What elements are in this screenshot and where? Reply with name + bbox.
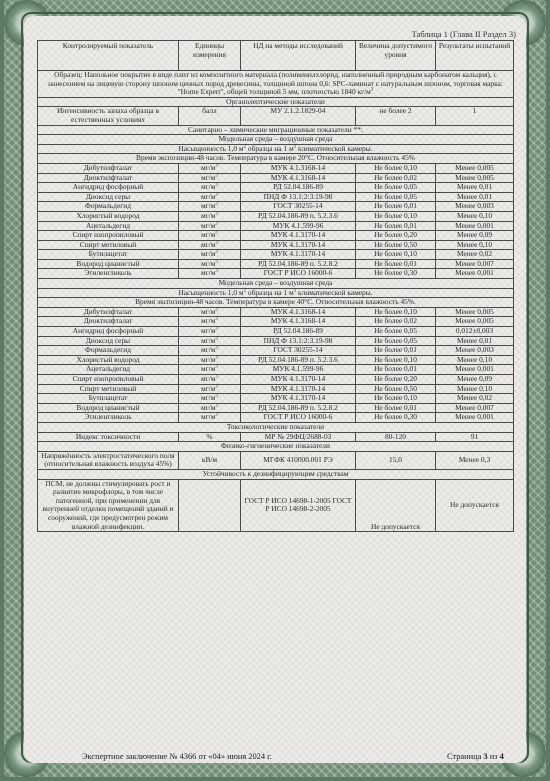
sample-description-row: Образец: Напольное покрытие в виде плит … [38,71,514,98]
superscript: 3 [215,394,218,399]
cell-limit: Не более 0,02 [356,173,436,183]
table-row: ПСМ, не должны стимулировать рост и разв… [38,479,514,532]
cell-unit: мг/м3 [179,346,241,356]
cell-name: Водород цианистый [38,403,179,413]
cell-method: МУК 4.1.3170-14 [241,240,356,250]
superscript: 3 [215,183,218,188]
cell-method: МУК 4.1.3168-14 [241,173,356,183]
saturation-note: Насыщенность 1,0 м2 образца на 1 м3 клим… [38,144,514,154]
cell-method: МУК 4.1.599-96 [241,221,356,231]
cell-result: 1 [436,107,514,125]
cell-unit: мг/м3 [179,375,241,385]
cell-result: Менее 0,10 [436,384,514,394]
cell-limit: Не более 0,50 [356,240,436,250]
table-row: Напряжённость электростатического поля (… [38,451,514,469]
cell-unit: мг/м3 [179,327,241,337]
cell-limit: Не более 0,05 [356,327,436,337]
cell-method: РД 52.04.186-89 п. 5.2.3.6 [241,355,356,365]
cell-result: Менее 0,007 [436,259,514,269]
cell-method: МУК 4.1.3170-14 [241,250,356,260]
cell-limit: Не более 0,10 [356,211,436,221]
superscript: 3 [215,355,218,360]
table-row: Интенсивность запаха образца в естествен… [38,107,514,125]
table-row: Ацетальдегидмг/м3МУК 4.1.599-96Не более … [38,365,514,375]
cell-limit: Не более 0,20 [356,375,436,385]
cell-unit: мг/м3 [179,202,241,212]
superscript: 3 [215,231,218,236]
superscript: 3 [215,327,218,332]
superscript: 3 [215,192,218,197]
cell-method: ПНД Ф 13.1:2:3.19-98 [241,336,356,346]
section-title-toxicological: Токсикологические показатели [38,422,514,432]
cell-result: Менее 0,005 [436,163,514,173]
cell-name: Ацетальдегид [38,221,179,231]
cell-limit: Не более 0,05 [356,336,436,346]
cell-method: ГОСТ Р ИСО 16000-6 [241,413,356,423]
column-header: Величина допустимого уровня [356,41,436,71]
cell-method: РД 52.04.186-89 п. 5.2.8.2 [241,403,356,413]
cell-method: МУ 2.1.2.1829-04 [241,107,356,125]
superscript: 3 [215,269,218,274]
cell-unit: мг/м3 [179,384,241,394]
cell-unit: мг/м3 [179,231,241,241]
cell-unit: мг/м3 [179,192,241,202]
cell-name: Спирт метиловый [38,384,179,394]
cell-name: Диоктилфталат [38,317,179,327]
cell-unit: мг/м3 [179,259,241,269]
cell-name: Спирт метиловый [38,240,179,250]
page-of: из [490,752,498,761]
page-label: Страница [447,752,481,761]
cell-method: ГОСТ Р ИСО 14698-1-2005 ГОСТ Р ИСО 14698… [241,479,356,532]
cell-method: МУК 4.1.599-96 [241,365,356,375]
table-header-row: Контролируемый показатель Единицы измере… [38,41,514,71]
superscript: 3 [215,346,218,351]
table-caption: Таблица 1 (Глава II Раздел 3) [412,29,516,39]
cell-method: МР № 29ФЦ/2688-03 [241,432,356,442]
cell-limit: Не более 0,05 [356,183,436,193]
cell-result: Не допускается [436,479,514,532]
table-row: Хлористый водородмг/м3РД 52.04.186-89 п.… [38,355,514,365]
section-title-sanitary: Санитарно – химические миграционные пока… [38,125,514,135]
conclusion-reference: Экспертное заключение № 4366 от «04» июн… [82,752,272,761]
section-title-organoleptic-row: Органолептические показатели [38,97,514,107]
cell-result: Менее 0,10 [436,211,514,221]
table-row: Диоксид серымг/м3ПНД Ф 13.1:2:3.19-98Не … [38,192,514,202]
table-row: Индекс токсичности%МР № 29ФЦ/2688-0380-1… [38,432,514,442]
cell-limit: Не более 0,50 [356,384,436,394]
superscript: 3 [215,240,218,245]
superscript: 3 [215,307,218,312]
cell-limit: Не более 0,01 [356,346,436,356]
cell-result: Менее 0,09 [436,375,514,385]
cell-name: Хлористый водород [38,211,179,221]
cell-result: Менее 0,005 [436,317,514,327]
cell-name: Диоксид серы [38,192,179,202]
cell-method: МУК 4.1.3170-14 [241,231,356,241]
cell-result: Менее 0,003 [436,202,514,212]
cell-name: Формальдегид [38,346,179,356]
cell-name: Индекс токсичности [38,432,179,442]
exposure-conditions: Время экспозиции-48 часов. Температура в… [38,298,514,308]
cell-method: РД 52.04.186-89 [241,327,356,337]
cell-unit: мг/м3 [179,365,241,375]
table-row: Формальдегидмг/м3ГОСТ 30255-14Не более 0… [38,202,514,212]
table-row: Хлористый водородмг/м3РД 52.04.186-89 п.… [38,211,514,221]
cell-name: Спирт изопропиловый [38,375,179,385]
cell-result: Менее 0,005 [436,307,514,317]
table-row: Дибутилфталатмг/м3МУК 4.1.3168-14Не боле… [38,307,514,317]
table-row: Спирт изопропиловыймг/м3МУК 4.1.3170-14Н… [38,231,514,241]
cell-result: 0,012±0,003 [436,327,514,337]
cell-unit: балл [179,107,241,125]
saturation-note: Насыщенность 1,0 м2 образца на 1 м3 клим… [38,288,514,298]
cell-name: Ангидрид фосфорный [38,183,179,193]
table-row: Водород цианистыймг/м3РД 52.04.186-89 п.… [38,259,514,269]
cell-result: Менее 0,10 [436,240,514,250]
cell-limit: Не более 0,01 [356,403,436,413]
cell-method: ГОСТ Р ИСО 16000-6 [241,269,356,279]
cell-name: Ангидрид фосфорный [38,327,179,337]
superscript: 2 [244,288,247,293]
cell-unit: мг/м3 [179,183,241,193]
cell-result: Менее 0,005 [436,173,514,183]
cell-unit: мг/м3 [179,250,241,260]
table-row: Бутилацетатмг/м3МУК 4.1.3170-14Не более … [38,250,514,260]
section-title-disinfectant: Устойчивость к дезинфицирующим средствам [38,469,514,479]
table-row: Ангидрид фосфорныймг/м3РД 52.04.186-89Не… [38,183,514,193]
cell-name: Бутилацетат [38,394,179,404]
cell-limit: Не более 0,02 [356,317,436,327]
model-medium: Модельная среда – воздушная среда [38,135,514,145]
column-header: Результаты испытаний [436,41,514,71]
cell-name: Напряжённость электростатического поля (… [38,451,179,469]
cell-unit: мг/м3 [179,240,241,250]
model-medium: Модельная среда – воздушная среда [38,279,514,289]
cell-result: Менее 0,01 [436,183,514,193]
cell-method: РД 52.04.186-89 п. 5.2.3.6 [241,211,356,221]
table-row: Диоктилфталатмг/м3МУК 4.1.3168-14Не боле… [38,173,514,183]
table-row: Ацетальдегидмг/м3МУК 4.1.599-96Не более … [38,221,514,231]
superscript: 3 [215,317,218,322]
table-row: Дибутилфталатмг/м3МУК 4.1.3168-14Не боле… [38,163,514,173]
cell-result: Менее 0,001 [436,221,514,231]
exposure-conditions-row: Время экспозиции-48 часов. Температура в… [38,154,514,164]
cell-unit: мг/м3 [179,163,241,173]
cell-unit: мг/м3 [179,413,241,423]
cell-name: Дибутилфталат [38,307,179,317]
superscript: 3 [215,163,218,168]
column-header: НД на методы исследований [241,41,356,71]
cell-name: Диоксид серы [38,336,179,346]
cell-result: Менее 0,001 [436,269,514,279]
cell-unit: мг/м3 [179,403,241,413]
cell-result: Менее 0,001 [436,413,514,423]
superscript: 3 [215,250,218,255]
table-row: Бутилацетатмг/м3МУК 4.1.3170-14Не более … [38,394,514,404]
cell-limit: Не допускается [356,479,436,532]
cell-limit: Не более 0,10 [356,394,436,404]
section-title-sanitary-row: Санитарно – химические миграционные пока… [38,125,514,135]
cell-name: ПСМ, не должны стимулировать рост и разв… [38,479,179,532]
cell-limit: 80-120 [356,432,436,442]
cell-result: Менее 0,02 [436,250,514,260]
results-table: Контролируемый показатель Единицы измере… [37,40,514,532]
cell-unit: мг/м3 [179,307,241,317]
cell-unit: мг/м3 [179,173,241,183]
cell-name: Ацетальдегид [38,365,179,375]
cell-method: МГФК 410000.001 РЭ [241,451,356,469]
superscript: 2 [244,144,247,149]
superscript: 3 [215,221,218,226]
cell-method: ПНД Ф 13.1:2:3.19-98 [241,192,356,202]
cell-unit [179,479,241,532]
cell-result: 91 [436,432,514,442]
cell-limit: Не более 0,10 [356,355,436,365]
table-row: Диоктилфталатмг/м3МУК 4.1.3168-14Не боле… [38,317,514,327]
cell-result: Менее 0,09 [436,231,514,241]
cell-limit: Не более 0,01 [356,365,436,375]
document-page: Таблица 1 (Глава II Раздел 3) Контролиру… [24,16,526,763]
model-medium-row: Модельная среда – воздушная среда [38,279,514,289]
cell-result: Менее 0,01 [436,336,514,346]
superscript: 3 [215,211,218,216]
cell-name: Дибутилфталат [38,163,179,173]
cell-unit: кВ/м [179,451,241,469]
cell-method: ГОСТ 30255-14 [241,202,356,212]
superscript: 3 [215,413,218,418]
cell-result: Менее 0,3 [436,451,514,469]
table-row: Спирт метиловыймг/м3МУК 4.1.3170-14Не бо… [38,240,514,250]
table-row: Спирт метиловыймг/м3МУК 4.1.3170-14Не бо… [38,384,514,394]
section-title-physical-row: Физико-гигиенические показатели [38,442,514,452]
model-medium-row: Модельная среда – воздушная среда [38,135,514,145]
section-title-physical: Физико-гигиенические показатели [38,442,514,452]
superscript: 3 [294,288,297,293]
section-title-toxicological-row: Токсикологические показатели [38,422,514,432]
exposure-conditions: Время экспозиции-48 часов. Температура в… [38,154,514,164]
sample-description: Образец: Напольное покрытие в виде плит … [38,71,514,98]
cell-limit: Не более 0,10 [356,307,436,317]
cell-method: МУК 4.1.3170-14 [241,394,356,404]
cell-limit: Не более 0,01 [356,259,436,269]
cell-unit: мг/м3 [179,355,241,365]
superscript: 3 [215,202,218,207]
exposure-conditions-row: Время экспозиции-48 часов. Температура в… [38,298,514,308]
saturation-note-row: Насыщенность 1,0 м2 образца на 1 м3 клим… [38,288,514,298]
superscript: 3 [215,403,218,408]
cell-unit: мг/м3 [179,221,241,231]
saturation-note-row: Насыщенность 1,0 м2 образца на 1 м3 клим… [38,144,514,154]
cell-unit: мг/м3 [179,317,241,327]
cell-limit: Не более 0,01 [356,221,436,231]
cell-name: Хлористый водород [38,355,179,365]
table-row: Водород цианистыймг/м3РД 52.04.186-89 п.… [38,403,514,413]
cell-limit: Не более 0,05 [356,192,436,202]
cell-result: Менее 0,001 [436,365,514,375]
cell-limit: Не более 0,10 [356,163,436,173]
superscript: 3 [294,144,297,149]
table-row: Спирт изопропиловыймг/м3МУК 4.1.3170-14Н… [38,375,514,385]
cell-unit: % [179,432,241,442]
table-row: Ангидрид фосфорныймг/м3РД 52.04.186-89Не… [38,327,514,337]
column-header: Единицы измерения [179,41,241,71]
superscript: 3 [215,384,218,389]
cell-method: МУК 4.1.3168-14 [241,317,356,327]
section-title-organoleptic: Органолептические показатели [38,97,514,107]
cell-unit: мг/м3 [179,336,241,346]
cell-limit: Не более 0,20 [356,231,436,241]
column-header: Контролируемый показатель [38,41,179,71]
table-row: Этиленгликольмг/м3ГОСТ Р ИСО 16000-6Не б… [38,413,514,423]
cell-name: Интенсивность запаха образца в естествен… [38,107,179,125]
page-current: 3 [483,752,487,761]
superscript: 3 [215,365,218,370]
cell-name: Водород цианистый [38,259,179,269]
cell-name: Этиленгликоль [38,269,179,279]
cell-result: Менее 0,003 [436,346,514,356]
cell-result: Менее 0,10 [436,355,514,365]
superscript: 3 [215,336,218,341]
cell-name: Спирт изопропиловый [38,231,179,241]
page-number: Страница 3 из 4 [447,752,504,761]
cell-method: МУК 4.1.3170-14 [241,384,356,394]
superscript: 3 [215,375,218,380]
cell-unit: мг/м3 [179,269,241,279]
cell-limit: Не более 0,30 [356,269,436,279]
cell-limit: не более 2 [356,107,436,125]
cell-result: Менее 0,02 [436,394,514,404]
cell-result: Менее 0,01 [436,192,514,202]
cell-method: РД 52.04.186-89 [241,183,356,193]
page-total: 4 [500,752,504,761]
cell-method: МУК 4.1.3170-14 [241,375,356,385]
cell-result: Менее 0,007 [436,403,514,413]
cell-method: МУК 4.1.3168-14 [241,163,356,173]
section-title-disinfectant-row: Устойчивость к дезинфицирующим средствам [38,469,514,479]
cell-limit: Не более 0,10 [356,250,436,260]
superscript: 3 [215,173,218,178]
cell-method: МУК 4.1.3168-14 [241,307,356,317]
cell-method: ГОСТ 30255-14 [241,346,356,356]
cell-name: Бутилацетат [38,250,179,260]
cell-name: Формальдегид [38,202,179,212]
cell-limit: Не более 0,01 [356,202,436,212]
superscript: 3 [371,88,374,93]
cell-limit: 15,0 [356,451,436,469]
cell-unit: мг/м3 [179,211,241,221]
table-row: Диоксид серымг/м3ПНД Ф 13.1:2:3.19-98Не … [38,336,514,346]
cell-name: Этиленгликоль [38,413,179,423]
table-row: Этиленгликольмг/м3ГОСТ Р ИСО 16000-6Не б… [38,269,514,279]
cell-method: РД 52.04.186-89 п. 5.2.8.2 [241,259,356,269]
cell-limit: Не более 0,30 [356,413,436,423]
cell-name: Диоктилфталат [38,173,179,183]
table-row: Формальдегидмг/м3ГОСТ 30255-14Не более 0… [38,346,514,356]
superscript: 3 [215,259,218,264]
cell-unit: мг/м3 [179,394,241,404]
